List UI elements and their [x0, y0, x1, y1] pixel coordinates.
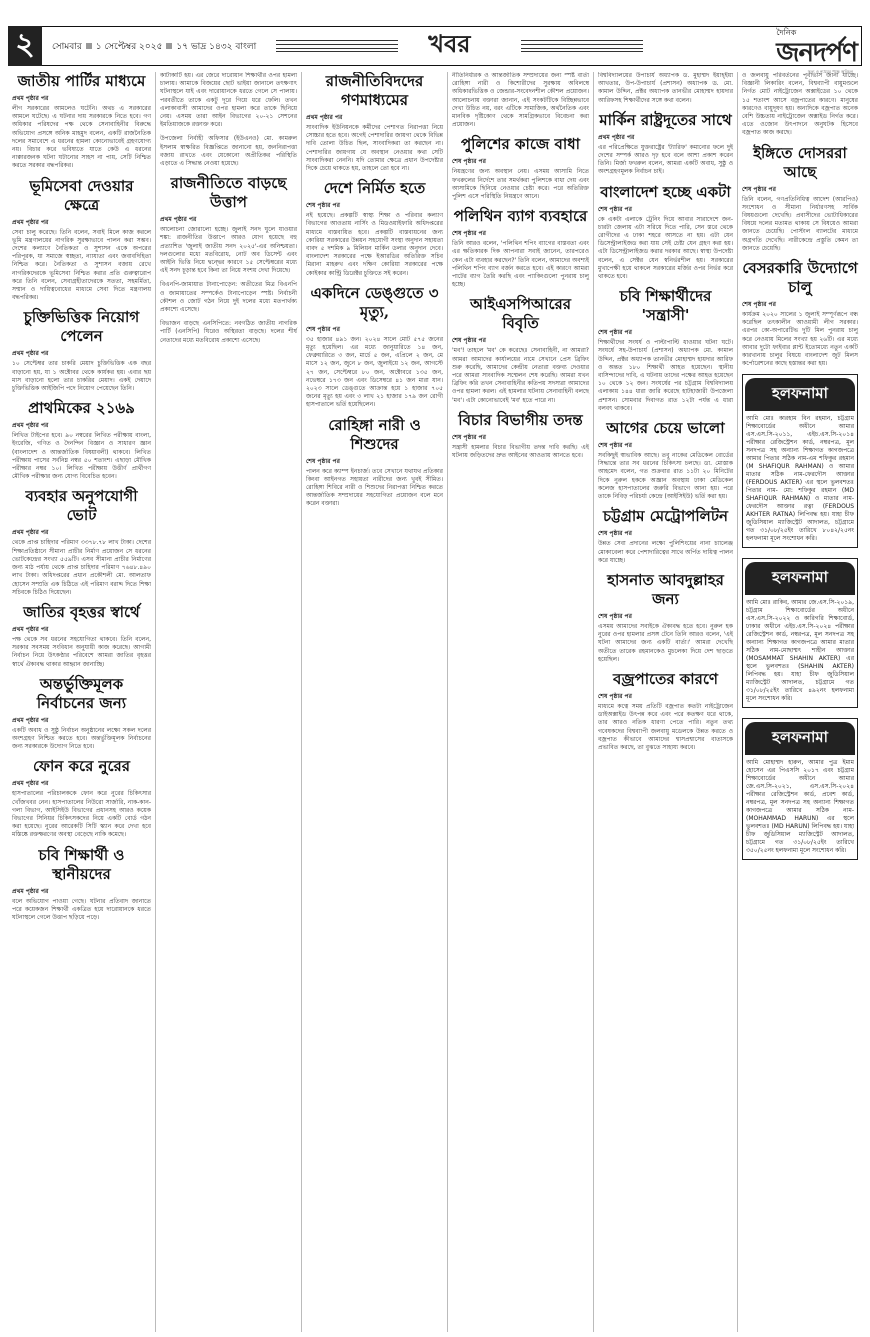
article-headline[interactable]: অন্তর্ভুক্তিমূলক নির্বাচনের জন্য	[12, 675, 151, 713]
article-headline[interactable]: ইঙ্গিতে দোসররা আছে	[742, 144, 858, 182]
article-headline[interactable]: মার্কিন রাষ্ট্রদূতের সাথে	[598, 111, 733, 130]
article-kicker: প্রথম পৃষ্ঠার পর	[12, 420, 151, 431]
article-headline[interactable]: বজ্রপাতের কারণে	[598, 670, 733, 689]
article-kicker: শেষ পৃষ্ঠার পর	[452, 432, 589, 443]
article: রোহিঙ্গা নারী ও শিশুদেরশেষ পৃষ্ঠার পরপাল…	[306, 416, 443, 509]
article-headline[interactable]: চুক্তিভিত্তিক নিয়োগ পেলেন	[12, 308, 151, 346]
brand-name: জনদর্পণ	[776, 40, 857, 66]
brand-logo: দৈনিক জনদর্পণ সত্য ও ন্যায়ের পক্ষে অবিচ…	[776, 27, 857, 66]
article: ব্যবহার অনুপযোগী ভোটপ্রথম পৃষ্ঠার পরথেকে…	[12, 487, 151, 596]
article-headline[interactable]: বাংলাদেশ হচ্ছে একটা	[598, 183, 733, 202]
article-body: ১০ সেপ্টেম্বর তার চাকরি মেয়াদ চুক্তিভিত…	[12, 360, 151, 393]
article: প্রাথমিকের ২১৬৯প্রথম পৃষ্ঠার পরলিখিত টাই…	[12, 399, 151, 481]
article-headline[interactable]: একদিনে ডেঙ্গুতে ৩ মৃত্যু,	[306, 284, 443, 322]
article-kicker: শেষ পৃষ্ঠার পর	[452, 156, 589, 167]
article-body: 'মব'! তাহলে 'মব' কে করেছেঃ সেনাবাহিনী, ন…	[452, 347, 589, 404]
column-1: জাতীয় পার্টির মাধ্যমেপ্রথম পৃষ্ঠার পরলী…	[8, 72, 156, 1332]
article-body: নীতিনির্ধারক ও আন্তর্জাতিক সম্প্রদায়ের …	[452, 72, 589, 129]
notice-body: আমি মোঃ কারহাম বিন রহমান, চট্টগ্রাম শিক্…	[746, 415, 854, 543]
article-body: থেকে প্রাপ্ত চাহিদার পরিমাণ ৩৩৭৮.৭৮ লাখ …	[12, 539, 151, 596]
article: ফোন করে নুরেরপ্রথম পৃষ্ঠার পরহাসপাতালের …	[12, 757, 151, 839]
article-kicker: শেষ পৃষ্ঠার পর	[598, 440, 733, 451]
article: মার্কিন রাষ্ট্রদূতের সাথেপ্রথম পৃষ্ঠার প…	[598, 111, 733, 177]
article-kicker: শেষ পৃষ্ঠার পর	[598, 528, 733, 539]
article-kicker: প্রথম পৃষ্ঠার পর	[12, 527, 151, 538]
affidavit-notice: হলফনামাআমি মোহাম্মদ হারুন, আমার পুত্র ইম…	[742, 718, 858, 860]
article-headline[interactable]: দেশে নির্মিত হতে	[306, 179, 443, 198]
dateline: সোমবার ১ সেপ্টেম্বর ২০২৫ ১৭ ভাদ্র ১৪৩২ ব…	[52, 39, 256, 54]
article: আগের চেয়ে ভালোশেষ পৃষ্ঠার পরসবকিছুই স্ব…	[598, 419, 733, 501]
article-body: হাসপাতালের পরিচালককে ফোন করে নুরের চিকিৎ…	[12, 790, 151, 839]
article-kicker: শেষ পৃষ্ঠার পর	[742, 184, 858, 195]
notice-body: আমি মোঃ রাকিব, আমার জে.এস.সি-২০১৯, চট্টগ…	[746, 599, 854, 703]
article: বিএনপি-জামায়াত টানাপোড়েন: অতীতের মিত্র…	[160, 281, 297, 314]
article: ও জলবায়ু পরিবর্তনের পূর্বাভাস জানা যাচ্…	[742, 72, 858, 138]
article-body: শিক্ষার্থীদের সংঘর্ষ ও পাল্টাপাল্টি ধাওয…	[598, 339, 733, 413]
article: চবি শিক্ষার্থীদের 'সন্ত্রাসী'শেষ পৃষ্ঠার…	[598, 287, 733, 413]
article-kicker: শেষ পৃষ্ঠার পর	[306, 200, 443, 211]
article-body: আলোচনা জোরালো হচ্ছে। জুলাই সনদ ঘুলে যাওয…	[160, 226, 297, 275]
article-body: উন্নত সেবা প্রদানের লক্ষ্যে পুলিশিংয়ের …	[598, 540, 733, 565]
column-4: নীতিনির্ধারক ও আন্তর্জাতিক সম্প্রদায়ের …	[448, 72, 594, 1332]
article-body: লীগ সরকারের আমলেও ঘটেনি। অথচ এ সরকারের আ…	[12, 105, 151, 171]
article-kicker: শেষ পৃষ্ঠার পর	[306, 456, 443, 467]
article-kicker: শেষ পৃষ্ঠার পর	[598, 327, 733, 338]
article: বিভাজন বাড়ছে এনসিপিতে: নবগঠিত জাতীয় না…	[160, 320, 297, 345]
article-kicker: প্রথম পৃষ্ঠার পর	[12, 93, 151, 104]
article-body: বিএনপি-জামায়াত টানাপোড়েন: অতীতের মিত্র…	[160, 281, 297, 314]
article: বজ্রপাতের কারণেশেষ পৃষ্ঠার পরমাধ্যমে কত্…	[598, 670, 733, 752]
article-kicker: প্রথম পৃষ্ঠার পর	[12, 217, 151, 228]
article-headline[interactable]: রাজনীতিতে বাড়ছে উত্তাপ	[160, 174, 297, 212]
article: জাতীয় পার্টির মাধ্যমেপ্রথম পৃষ্ঠার পরলী…	[12, 72, 151, 171]
column-5: বিশ্ববিদ্যালয়ের উপাচার্য অধ্যাপক ড. মুহ…	[594, 72, 738, 1332]
article-kicker: প্রথম পৃষ্ঠার পর	[306, 112, 443, 123]
article-headline[interactable]: প্রাথমিকের ২১৬৯	[12, 399, 151, 418]
article: বিশ্ববিদ্যালয়ের উপাচার্য অধ্যাপক ড. মুহ…	[598, 72, 733, 105]
date-bangla: ১৭ ভাদ্র ১৪৩২ বাংলা	[176, 39, 256, 54]
article: আইএসপিআরের বিবৃতিশেষ পৃষ্ঠার পর'মব'! তাহ…	[452, 295, 589, 404]
article-kicker: প্রথম পৃষ্ঠার পর	[12, 348, 151, 359]
article-headline[interactable]: বেসরকারি উদ্যোগে চালু	[742, 259, 858, 297]
notice-title: হলফনামা	[745, 562, 855, 595]
article-headline[interactable]: আগের চেয়ে ভালো	[598, 419, 733, 438]
article-body: লিখিত টাইপের হবে। ৯০ নম্বরের লিখিত পরীক্…	[12, 432, 151, 481]
decorative-rules	[521, 40, 643, 52]
article-body: সন্ত্রাসী হামলার বিচার বিভাগীয় তদন্ত দা…	[452, 444, 589, 460]
decorative-rules	[276, 40, 398, 52]
article: বাংলাদেশ হচ্ছে একটাশেষ পৃষ্ঠার পরকে একটা…	[598, 183, 733, 282]
notice-title: হলফনামা	[745, 722, 855, 755]
article-kicker: প্রথম পৃষ্ঠার পর	[12, 624, 151, 635]
article-body: মাধ্যমে কত্বে সময় প্রতিটি বজ্রপাত কতটা …	[598, 703, 733, 752]
article-headline[interactable]: চবি শিক্ষার্থী ও স্থানীয়দের	[12, 846, 151, 884]
article-kicker: প্রথম পৃষ্ঠার পর	[12, 886, 151, 897]
article-headline[interactable]: আইএসপিআরের বিবৃতি	[452, 295, 589, 333]
article-kicker: প্রথম পৃষ্ঠার পর	[12, 715, 151, 726]
article-body: সবকিছুই স্বাভাবিক আছে। তবু নাকের মেডিকেল…	[598, 452, 733, 501]
article-headline[interactable]: বিচার বিভাগীয় তদন্ত	[452, 411, 589, 430]
separator-square-icon	[166, 43, 172, 49]
article: জাতির বৃহত্তর স্বার্থেপ্রথম পৃষ্ঠার পরপক…	[12, 603, 151, 669]
article-body: উপজেলা নির্বাহী অফিসার (ইউএনও) মো. কামরু…	[160, 135, 297, 168]
article-headline[interactable]: ব্যবহার অনুপযোগী ভোট	[12, 487, 151, 525]
article-headline[interactable]: রাজনীতিবিদদের গণমাধ্যমের	[306, 72, 443, 110]
article-kicker: প্রথম পৃষ্ঠার পর	[598, 132, 733, 143]
article-body: ও জলবায়ু পরিবর্তনের পূর্বাভাস জানা যাচ্…	[742, 72, 858, 138]
affidavit-notice: হলফনামাআমি মোঃ কারহাম বিন রহমান, চট্টগ্র…	[742, 374, 858, 548]
page-number: ২	[8, 26, 42, 66]
article-body: নিয়ন্ত্রণের জন্য অবস্থান নেয়। এসময় আস…	[452, 168, 589, 201]
article: পলিথিন ব্যাগ ব্যবহারেশেষ পৃষ্ঠার পরতিনি …	[452, 207, 589, 289]
column-3: রাজনীতিবিদদের গণমাধ্যমেরপ্রথম পৃষ্ঠার পর…	[302, 72, 448, 1332]
article: হাসনাত আবদুল্লাহর জন্যশেষ পৃষ্ঠার পরএসময…	[598, 571, 733, 664]
article-body: পক্ষ থেকে সব ধরনের সহযোগিতা থাকবে। তিনি …	[12, 636, 151, 669]
article-body: ৩৫ হাজার ৪৯১ জন। ২০২৪ সালে মোট ৫৭৫ জনের …	[306, 336, 443, 410]
article-headline[interactable]: হাসনাত আবদুল্লাহর জন্য	[598, 571, 733, 609]
article-headline[interactable]: রোহিঙ্গা নারী ও শিশুদের	[306, 416, 443, 454]
article-kicker: প্রথম পৃষ্ঠার পর	[12, 778, 151, 789]
article-body: কার্যক্রম ২০২০ সালের ১ জুলাই সম্পূর্ণরূপ…	[742, 311, 858, 368]
article: দেশে নির্মিত হতেশেষ পৃষ্ঠার পরনই হয়েছে।…	[306, 179, 443, 278]
affidavit-notice: হলফনামাআমি মোঃ রাকিব, আমার জে.এস.সি-২০১৯…	[742, 558, 858, 708]
article: পুলিশের কাজে বাধাশেষ পৃষ্ঠার পরনিয়ন্ত্র…	[452, 135, 589, 201]
article: চট্টগ্রাম মেট্রোপলিটনশেষ পৃষ্ঠার পরউন্নত…	[598, 507, 733, 565]
notice-title: হলফনামা	[745, 378, 855, 411]
article-body: বিশ্ববিদ্যালয়ের উপাচার্য অধ্যাপক ড. মুহ…	[598, 72, 733, 105]
article-body: তিনি বলেন, গণপ্রতিনিধিত্ব আদেশ (আরপিও) স…	[742, 196, 858, 253]
article-body: কে একটা এলাকে ট্রেনিং দিয়ে আবার সারাদেশ…	[598, 216, 733, 282]
article-body: পালন করে ক্যাম্প ইনচার্জ। তবে সেখানে যথা…	[306, 468, 443, 509]
article-headline[interactable]: চবি শিক্ষার্থীদের 'সন্ত্রাসী'	[598, 287, 733, 325]
article: কাটাকাটি হয়। এর জেরে দারোয়ান শিক্ষার্থ…	[160, 72, 297, 129]
section-title: খবর	[428, 26, 470, 66]
article-kicker: প্রথম পৃষ্ঠার পর	[160, 214, 297, 225]
article-body: একটি অবাধ ও সুষ্ঠু নির্বাচন অনুষ্ঠানের ল…	[12, 727, 151, 752]
article: নীতিনির্ধারক ও আন্তর্জাতিক সম্প্রদায়ের …	[452, 72, 589, 129]
article-kicker: শেষ পৃষ্ঠার পর	[598, 611, 733, 622]
article-body: কাটাকাটি হয়। এর জেরে দারোয়ান শিক্ষার্থ…	[160, 72, 297, 129]
article-kicker: শেষ পৃষ্ঠার পর	[306, 324, 443, 335]
separator-square-icon	[86, 43, 92, 49]
article-body: এসময় আমাদের সবাইকে ঐক্যবদ্ধ হতে হবে। নু…	[598, 623, 733, 664]
article: বিচার বিভাগীয় তদন্তশেষ পৃষ্ঠার পরসন্ত্র…	[452, 411, 589, 460]
article: রাজনীতিতে বাড়ছে উত্তাপপ্রথম পৃষ্ঠার পরআ…	[160, 174, 297, 275]
column-2: কাটাকাটি হয়। এর জেরে দারোয়ান শিক্ষার্থ…	[156, 72, 302, 1332]
page-columns: জাতীয় পার্টির মাধ্যমেপ্রথম পৃষ্ঠার পরলী…	[8, 72, 862, 1332]
article-body: নই হয়েছে। প্রকল্পটি স্বাস্থ্য শিক্ষা ও …	[306, 212, 443, 278]
article: ইঙ্গিতে দোসররা আছেশেষ পৃষ্ঠার পরতিনি বলে…	[742, 144, 858, 253]
article-kicker: শেষ পৃষ্ঠার পর	[598, 691, 733, 702]
article-body: সেবা চালু করেছে। তিনি বলেন, সবাই মিলে কা…	[12, 229, 151, 303]
article-kicker: শেষ পৃষ্ঠার পর	[598, 204, 733, 215]
article-headline[interactable]: জাতীয় পার্টির মাধ্যমে	[12, 72, 151, 91]
article-kicker: শেষ পৃষ্ঠার পর	[452, 228, 589, 239]
article-headline[interactable]: পলিথিন ব্যাগ ব্যবহারে	[452, 207, 589, 226]
article: চবি শিক্ষার্থী ও স্থানীয়দেরপ্রথম পৃষ্ঠা…	[12, 846, 151, 923]
article-headline[interactable]: ভূমিসেবা দেওয়ার ক্ষেত্রে	[12, 177, 151, 215]
article-body: বলে অভিযোগ পাওয়া গেছে। ঘটনার প্রতিবাদ জ…	[12, 898, 151, 923]
article-headline[interactable]: ফোন করে নুরের	[12, 757, 151, 776]
weekday: সোমবার	[52, 39, 82, 54]
article-body: বিভাজন বাড়ছে এনসিপিতে: নবগঠিত জাতীয় না…	[160, 320, 297, 345]
date-gregorian: ১ সেপ্টেম্বর ২০২৫	[96, 39, 163, 54]
article-body: এর পরিপ্রেক্ষিতে যুক্তরাষ্ট্রের 'ট্যারিফ…	[598, 144, 733, 177]
article: চুক্তিভিত্তিক নিয়োগ পেলেনপ্রথম পৃষ্ঠার …	[12, 308, 151, 393]
article-headline[interactable]: জাতির বৃহত্তর স্বার্থে	[12, 603, 151, 622]
article: একদিনে ডেঙ্গুতে ৩ মৃত্যু,শেষ পৃষ্ঠার পর৩…	[306, 284, 443, 410]
article-kicker: শেষ পৃষ্ঠার পর	[452, 335, 589, 346]
article: উপজেলা নির্বাহী অফিসার (ইউএনও) মো. কামরু…	[160, 135, 297, 168]
masthead: ২ সোমবার ১ সেপ্টেম্বর ২০২৫ ১৭ ভাদ্র ১৪৩২…	[8, 26, 862, 66]
article-kicker: শেষ পৃষ্ঠার পর	[742, 299, 858, 310]
article-headline[interactable]: চট্টগ্রাম মেট্রোপলিটন	[598, 507, 733, 526]
article-body: সাংবাদিক ইউনিয়নকে কর্মীদের পেশাগত নিরাপ…	[306, 124, 443, 173]
article: ভূমিসেবা দেওয়ার ক্ষেত্রেপ্রথম পৃষ্ঠার প…	[12, 177, 151, 303]
article: বেসরকারি উদ্যোগে চালুশেষ পৃষ্ঠার পরকার্য…	[742, 259, 858, 368]
column-6: ও জলবায়ু পরিবর্তনের পূর্বাভাস জানা যাচ্…	[738, 72, 862, 1332]
article-headline[interactable]: পুলিশের কাজে বাধা	[452, 135, 589, 154]
article: অন্তর্ভুক্তিমূলক নির্বাচনের জন্যপ্রথম পৃ…	[12, 675, 151, 752]
article: রাজনীতিবিদদের গণমাধ্যমেরপ্রথম পৃষ্ঠার পর…	[306, 72, 443, 173]
notice-body: আমি মোহাম্মদ হারুন, আমার পুত্র ইমাম হোসে…	[746, 759, 854, 855]
article-body: তিনি আরও বলেন, 'পলিথিন শপিং ব্যাগের বাস্…	[452, 240, 589, 289]
